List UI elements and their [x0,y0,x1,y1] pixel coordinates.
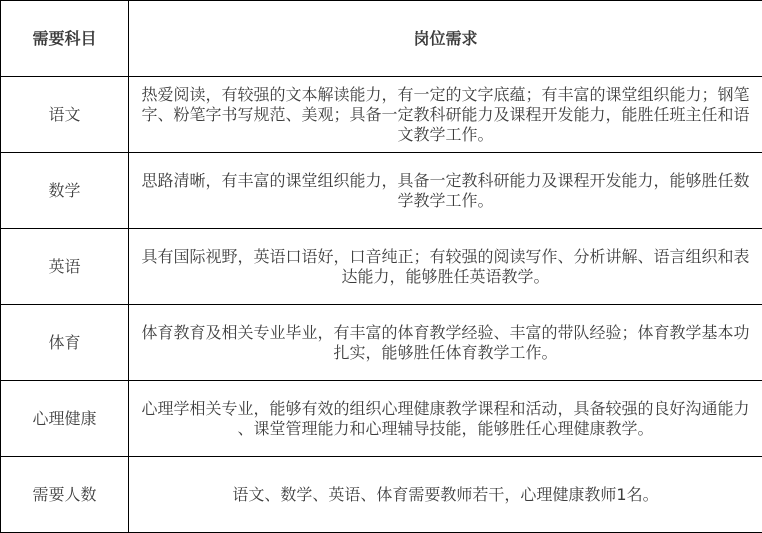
requirement-cell-math: 思路清晰，有丰富的课堂组织能力，具备一定教科研能力及课程开发能力，能够胜任数学教… [129,153,762,229]
table-row: 需要人数 语文、数学、英语、体育需要教师若干，心理健康教师1名。 [1,457,762,533]
requirement-cell-pe: 体育教育及相关专业毕业，有丰富的体育教学经验、丰富的带队经验；体育教学基本功扎实… [129,305,762,381]
requirement-column-header: 岗位需求 [129,1,762,77]
table-row: 英语 具有国际视野，英语口语好，口音纯正；有较强的阅读写作、分析讲解、语言组织和… [1,229,762,305]
table-row: 语文 热爱阅读，有较强的文本解读能力，有一定的文字底蕴；有丰富的课堂组织能力；钢… [1,77,762,153]
subject-cell-english: 英语 [1,229,129,305]
table-row: 体育 体育教育及相关专业毕业，有丰富的体育教学经验、丰富的带队经验；体育教学基本… [1,305,762,381]
subject-cell-pe: 体育 [1,305,129,381]
table-row: 数学 思路清晰，有丰富的课堂组织能力，具备一定教科研能力及课程开发能力，能够胜任… [1,153,762,229]
header-row: 需要科目 岗位需求 [1,1,762,77]
subject-cell-mental-health: 心理健康 [1,381,129,457]
subject-column-header: 需要科目 [1,1,129,77]
requirement-cell-headcount: 语文、数学、英语、体育需要教师若干，心理健康教师1名。 [129,457,762,533]
subject-cell-headcount: 需要人数 [1,457,129,533]
requirement-cell-mental-health: 心理学相关专业，能够有效的组织心理健康教学课程和活动，具备较强的良好沟通能力、课… [129,381,762,457]
table-row: 心理健康 心理学相关专业，能够有效的组织心理健康教学课程和活动，具备较强的良好沟… [1,381,762,457]
subject-cell-chinese: 语文 [1,77,129,153]
requirement-cell-english: 具有国际视野，英语口语好，口音纯正；有较强的阅读写作、分析讲解、语言组织和表达能… [129,229,762,305]
recruitment-table: 需要科目 岗位需求 语文 热爱阅读，有较强的文本解读能力，有一定的文字底蕴；有丰… [0,0,762,533]
requirement-cell-chinese: 热爱阅读，有较强的文本解读能力，有一定的文字底蕴；有丰富的课堂组织能力；钢笔字、… [129,77,762,153]
subject-cell-math: 数学 [1,153,129,229]
